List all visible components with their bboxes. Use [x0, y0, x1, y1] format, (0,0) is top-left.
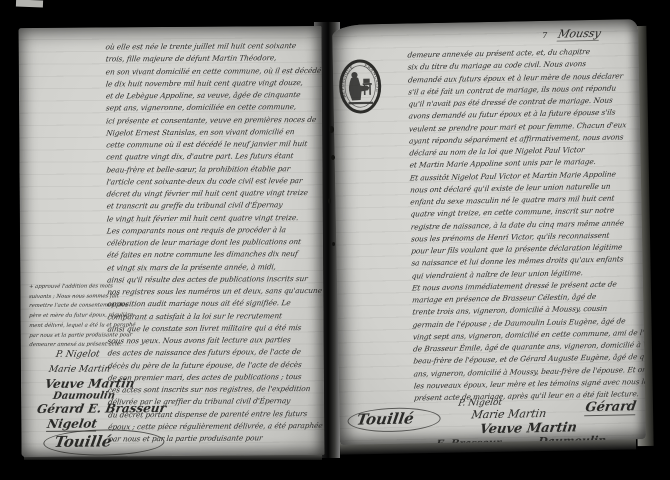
- handwritten-line: opposition audit mariage nous ait été si…: [106, 297, 324, 311]
- handwritten-line: trois, fille majeure de défunt Martin Th…: [105, 52, 325, 66]
- handwritten-line: décès du père de la future épouse, de l'…: [107, 358, 325, 372]
- signature: Touillé: [346, 407, 443, 433]
- handwritten-line: et transcrit au greffe du tribunal civil…: [106, 199, 325, 213]
- page-number: 7: [542, 31, 547, 40]
- signature: Gérard E. Brasseur: [36, 401, 167, 416]
- handwritten-line: cent quatre vingt dix, d'autre part. Les…: [105, 150, 324, 164]
- commune-name: Moussy: [557, 27, 603, 42]
- handwritten-line: sept ans, vigneronne, domiciliée en cett…: [105, 101, 324, 115]
- left-signatures: P. NigelotMarie MartinVeuve MartinDaumou…: [19, 26, 322, 28]
- ink-spot: [332, 242, 335, 246]
- page-header: 7 Moussy: [542, 22, 601, 42]
- right-page: 7 Moussy RÉPUBLIQUE FRANÇAISE: [332, 19, 646, 445]
- signature: Veuve Martin: [44, 376, 136, 391]
- handwritten-line: des actes de naissance des futurs époux,…: [107, 346, 325, 360]
- seated-figure-glyph: [348, 72, 373, 105]
- ink-spot: [331, 155, 335, 160]
- signature: Marie Martin: [48, 364, 111, 374]
- right-page-text: demeure annexée au présent acte, et, du …: [406, 45, 646, 405]
- signature: P. Nigelot: [55, 349, 100, 359]
- handwritten-line: comparant a satisfait à la loi sur le re…: [107, 309, 325, 323]
- signature: Marie Martin: [470, 407, 547, 421]
- registry-book-scan: où elle est née le trente juillet mil hu…: [0, 0, 670, 480]
- republique-francaise-stamp: RÉPUBLIQUE FRANÇAISE: [338, 58, 383, 115]
- margin-note-line: ment délivré, lequel a été lu et paraphé: [29, 321, 110, 331]
- ink-spot: [328, 198, 331, 204]
- signature: Touillé: [41, 429, 166, 456]
- margin-note-line: + approuvé l'addition des mots: [28, 282, 109, 292]
- handwritten-line: en son vivant domicilié en cette commune…: [105, 64, 325, 78]
- margin-note-line: père et mère du futur époux, régulière-: [29, 312, 110, 322]
- margin-annotation: + approuvé l'addition des motssuivants ;…: [28, 282, 108, 350]
- signature: Gérard: [584, 399, 637, 416]
- signature: Daumoulin: [52, 390, 116, 401]
- handwritten-line: le vingt huit février mil huit cent quat…: [106, 211, 325, 225]
- left-page-text: où elle est née le trente juillet mil hu…: [105, 40, 325, 446]
- handwritten-line: beau-frère et belle-sœur, la prohibition…: [106, 162, 325, 176]
- ink-spot: [329, 126, 334, 133]
- page-corner-sliver: [16, 0, 43, 7]
- handwritten-line: ici présente et consentante, veuve en pr…: [105, 113, 324, 127]
- handwritten-line: été faites en notre commune les dimanche…: [106, 248, 324, 262]
- left-page: où elle est née le trente juillet mil hu…: [19, 26, 325, 457]
- handwritten-line: et vingt six mars de la présente année, …: [106, 260, 324, 274]
